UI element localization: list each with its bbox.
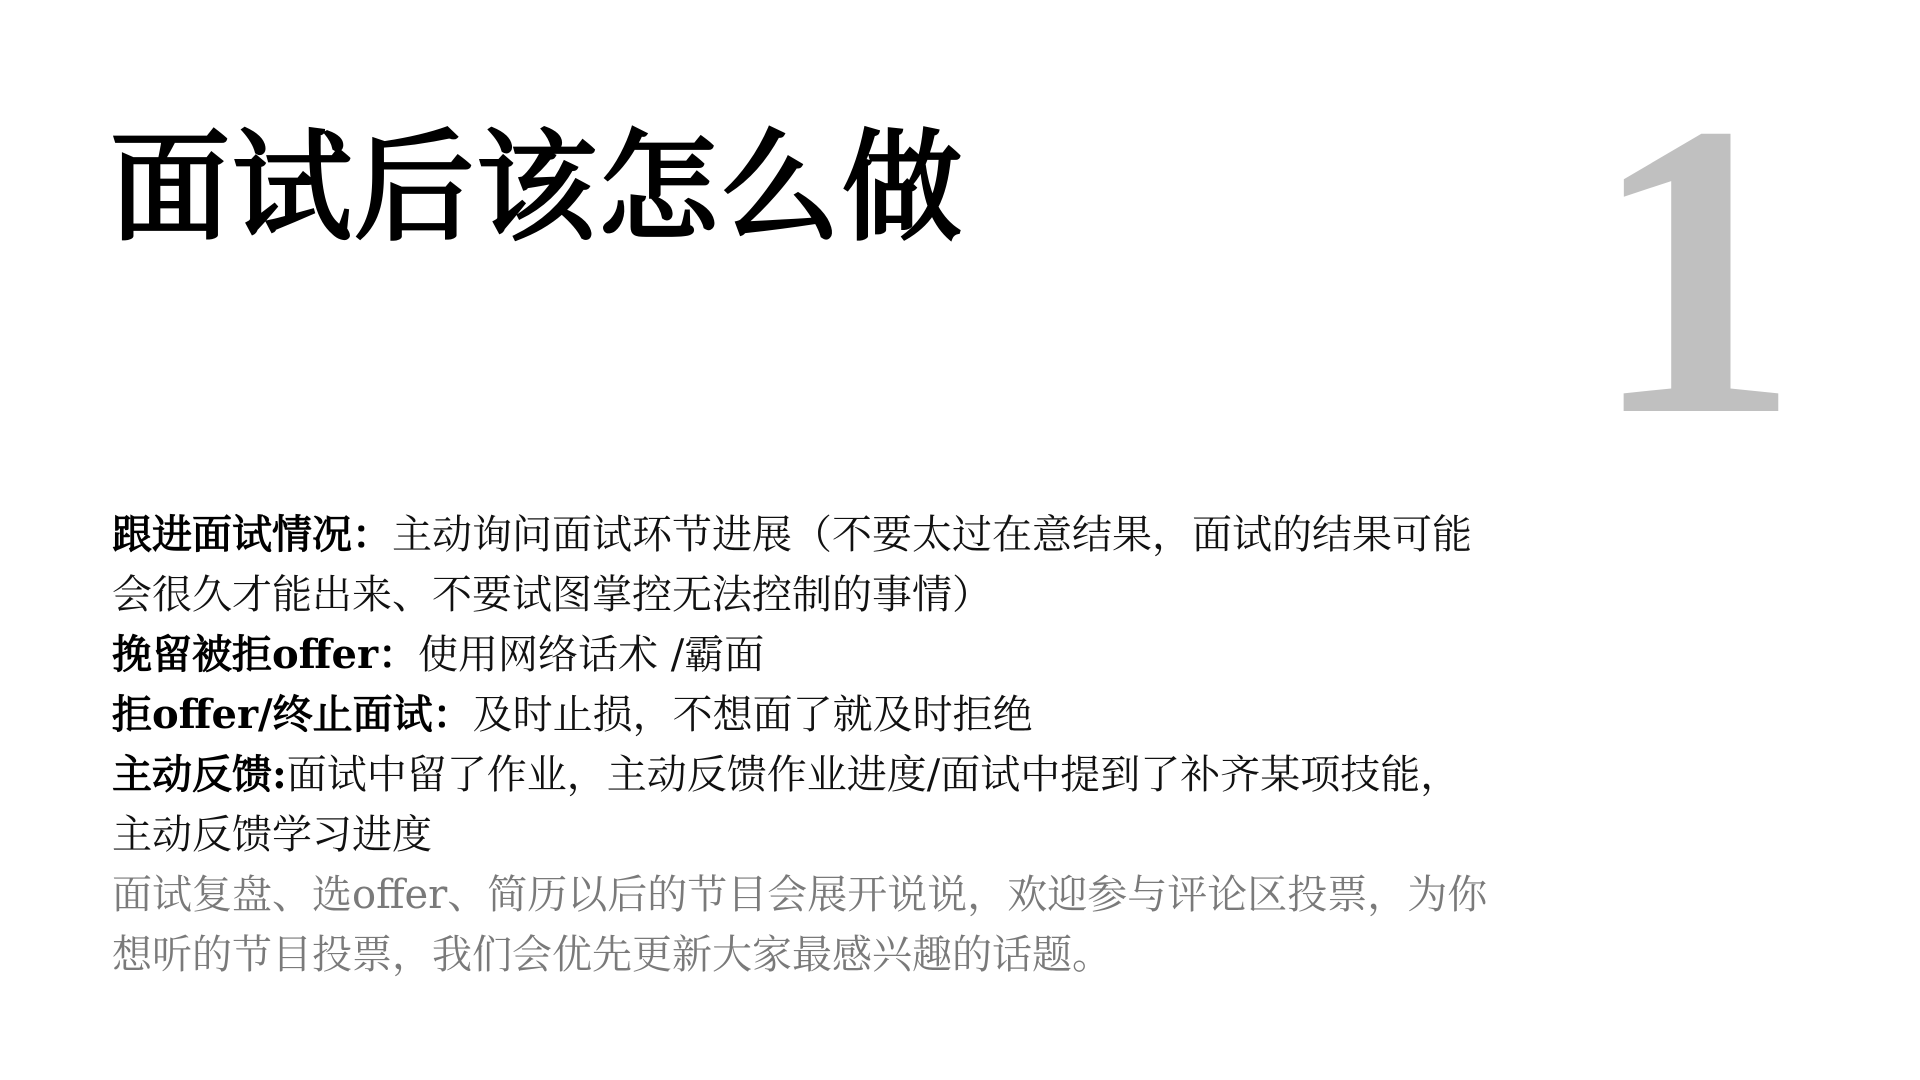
- item-follow-up-cont: 会很久才能出来、不要试图掌控无法控制的事情）: [112, 565, 1612, 625]
- item-text: 使用网络话术 /霸面: [418, 632, 764, 678]
- slide-title: 面试后该怎么做: [110, 118, 964, 258]
- item-label: 主动反馈:: [112, 751, 287, 798]
- item-text: 面试中留了作业，主动反馈作业进度/面试中提到了补齐某项技能，: [287, 752, 1460, 798]
- item-decline-offer: 拒offer/终止面试：及时止损，不想面了就及时拒绝: [112, 685, 1612, 745]
- item-text: 主动询问面试环节进展（不要太过在意结果，面试的结果可能: [392, 512, 1472, 558]
- item-retain-offer: 挽留被拒offer：使用网络话术 /霸面: [112, 625, 1612, 685]
- item-label: 拒offer/终止面试：: [112, 691, 473, 738]
- section-number: 1: [1590, 60, 1800, 480]
- item-feedback: 主动反馈:面试中留了作业，主动反馈作业进度/面试中提到了补齐某项技能，: [112, 745, 1612, 805]
- note-line: 面试复盘、选offer、简历以后的节目会展开说说，欢迎参与评论区投票，为你: [112, 865, 1612, 925]
- note-line: 想听的节目投票，我们会优先更新大家最感兴趣的话题。: [112, 925, 1612, 985]
- item-follow-up: 跟进面试情况：主动询问面试环节进展（不要太过在意结果，面试的结果可能: [112, 505, 1612, 565]
- item-feedback-cont: 主动反馈学习进度: [112, 805, 1612, 865]
- item-text: 及时止损，不想面了就及时拒绝: [473, 692, 1033, 738]
- slide-body: 跟进面试情况：主动询问面试环节进展（不要太过在意结果，面试的结果可能 会很久才能…: [112, 505, 1612, 985]
- item-label: 挽留被拒offer：: [112, 631, 418, 678]
- item-label: 跟进面试情况：: [112, 511, 392, 558]
